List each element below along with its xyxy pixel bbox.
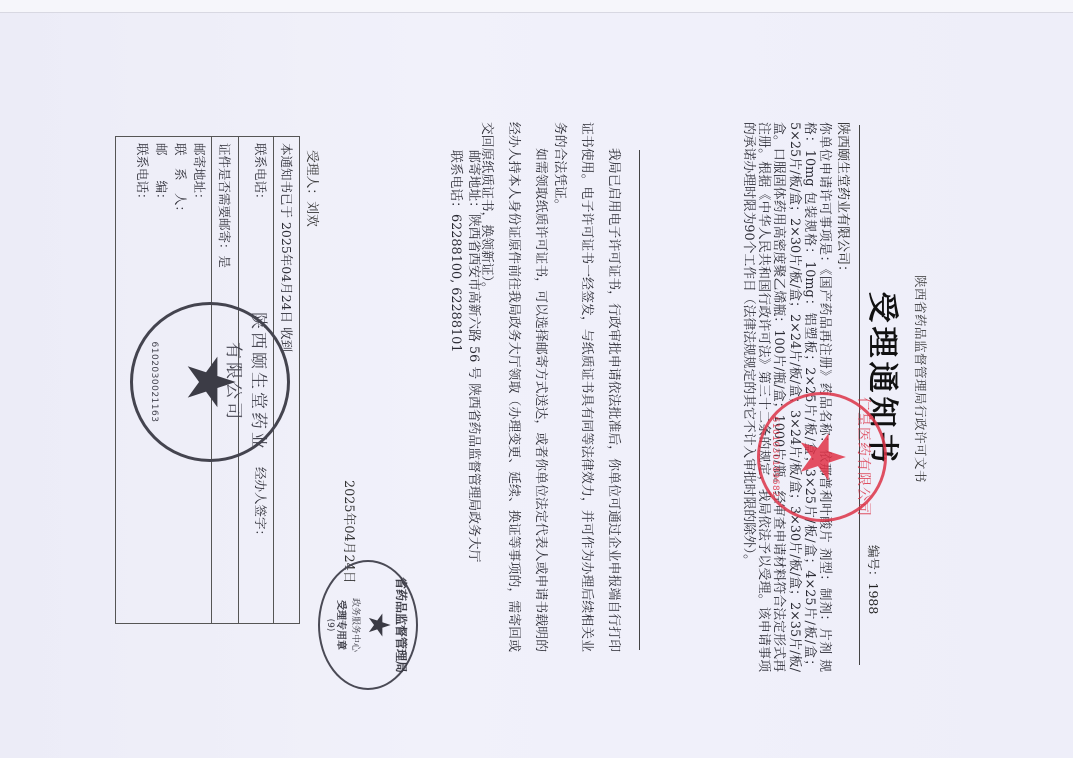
document-number-label: 编号： — [866, 545, 881, 583]
mail-required: 证件是否需要邮寄：是 — [217, 143, 232, 268]
receipt-mail-row: 证件是否需要邮寄：是 — [211, 137, 238, 623]
acceptor-name: 受理人：刘欢 — [304, 150, 323, 227]
mailing-address: 邮寄地址：陕西省西安市高新六路 56 号 陕西省药品监督管理局政务大厅 — [466, 150, 485, 562]
receipt-contact-phone-label: 联系电话： — [133, 143, 152, 623]
receipt-received-row: 本通知书已于 2025年04月24日 收到 — [273, 137, 299, 623]
application-details-paragraph: 你单位申请许可事项是：《国产药品再注册》药品名称：依那普利叶酸片 剂型：制剂：片… — [741, 122, 832, 672]
acceptance-seal-bottom: 受理专用章 — [336, 600, 351, 650]
acceptance-seal-top: 省药品监督管理局 — [394, 577, 411, 673]
paper-license-paragraph: 如需领取纸质许可证书，可以选择邮寄方式送达，或者你单位法定代表人或申请书载明的经… — [473, 122, 554, 652]
receipt-phone-label: 联系电话： — [253, 143, 268, 206]
electronic-license-paragraph: 我局已启用电子许可证书，行政审批申请依法批准后，你单位可通过企业申报端自行打印证… — [546, 122, 627, 652]
contact-phone: 联系电话：62288100, 62288101 — [448, 150, 467, 352]
received-line: 本通知书已于 2025年04月24日 收到 — [279, 143, 294, 352]
scanned-document-background: 陕西省药品监督管理局行政许可文书 受理通知书 编号：1988 陕西颐生堂药业有限… — [0, 0, 1073, 758]
acceptance-notice-page: 陕西省药品监督管理局行政许可文书 受理通知书 编号：1988 陕西颐生堂药业有限… — [0, 0, 1073, 758]
agency-header: 陕西省药品监督管理局行政许可文书 — [912, 0, 930, 758]
header-divider — [859, 125, 860, 665]
mail-address-label: 邮寄地址： — [190, 143, 209, 623]
acceptance-seal-sub: (9) — [326, 619, 336, 632]
star-icon: ★ — [364, 612, 394, 639]
receipt-table: 本通知书已于 2025年04月24日 收到 联系电话： 经办人签字： 证件是否需… — [115, 136, 300, 624]
receipt-mail-details: 邮寄地址： 联 系 人： 邮 编： 联系电话： — [114, 137, 211, 623]
postcode-label: 邮 编： — [152, 143, 171, 623]
contact-person-label: 联 系 人： — [171, 143, 190, 623]
issue-date: 2025年04月24日 — [341, 480, 360, 584]
receipt-phone-row: 联系电话： 经办人签字： — [238, 137, 273, 623]
signer-label: 经办人签字： — [247, 467, 273, 542]
document-number: 编号：1988 — [865, 545, 883, 614]
document-number-value: 1988 — [866, 583, 881, 615]
addressee: 陕西颐生堂药业有限公司： — [835, 122, 854, 278]
acceptance-seal: 省药品监督管理局 ★ 政务服务中心 受理专用章 (9) — [318, 560, 418, 690]
document-title: 受理通知书 — [863, 0, 908, 758]
section-divider — [639, 150, 640, 650]
acceptance-seal-mid: 政务服务中心 — [351, 598, 364, 652]
